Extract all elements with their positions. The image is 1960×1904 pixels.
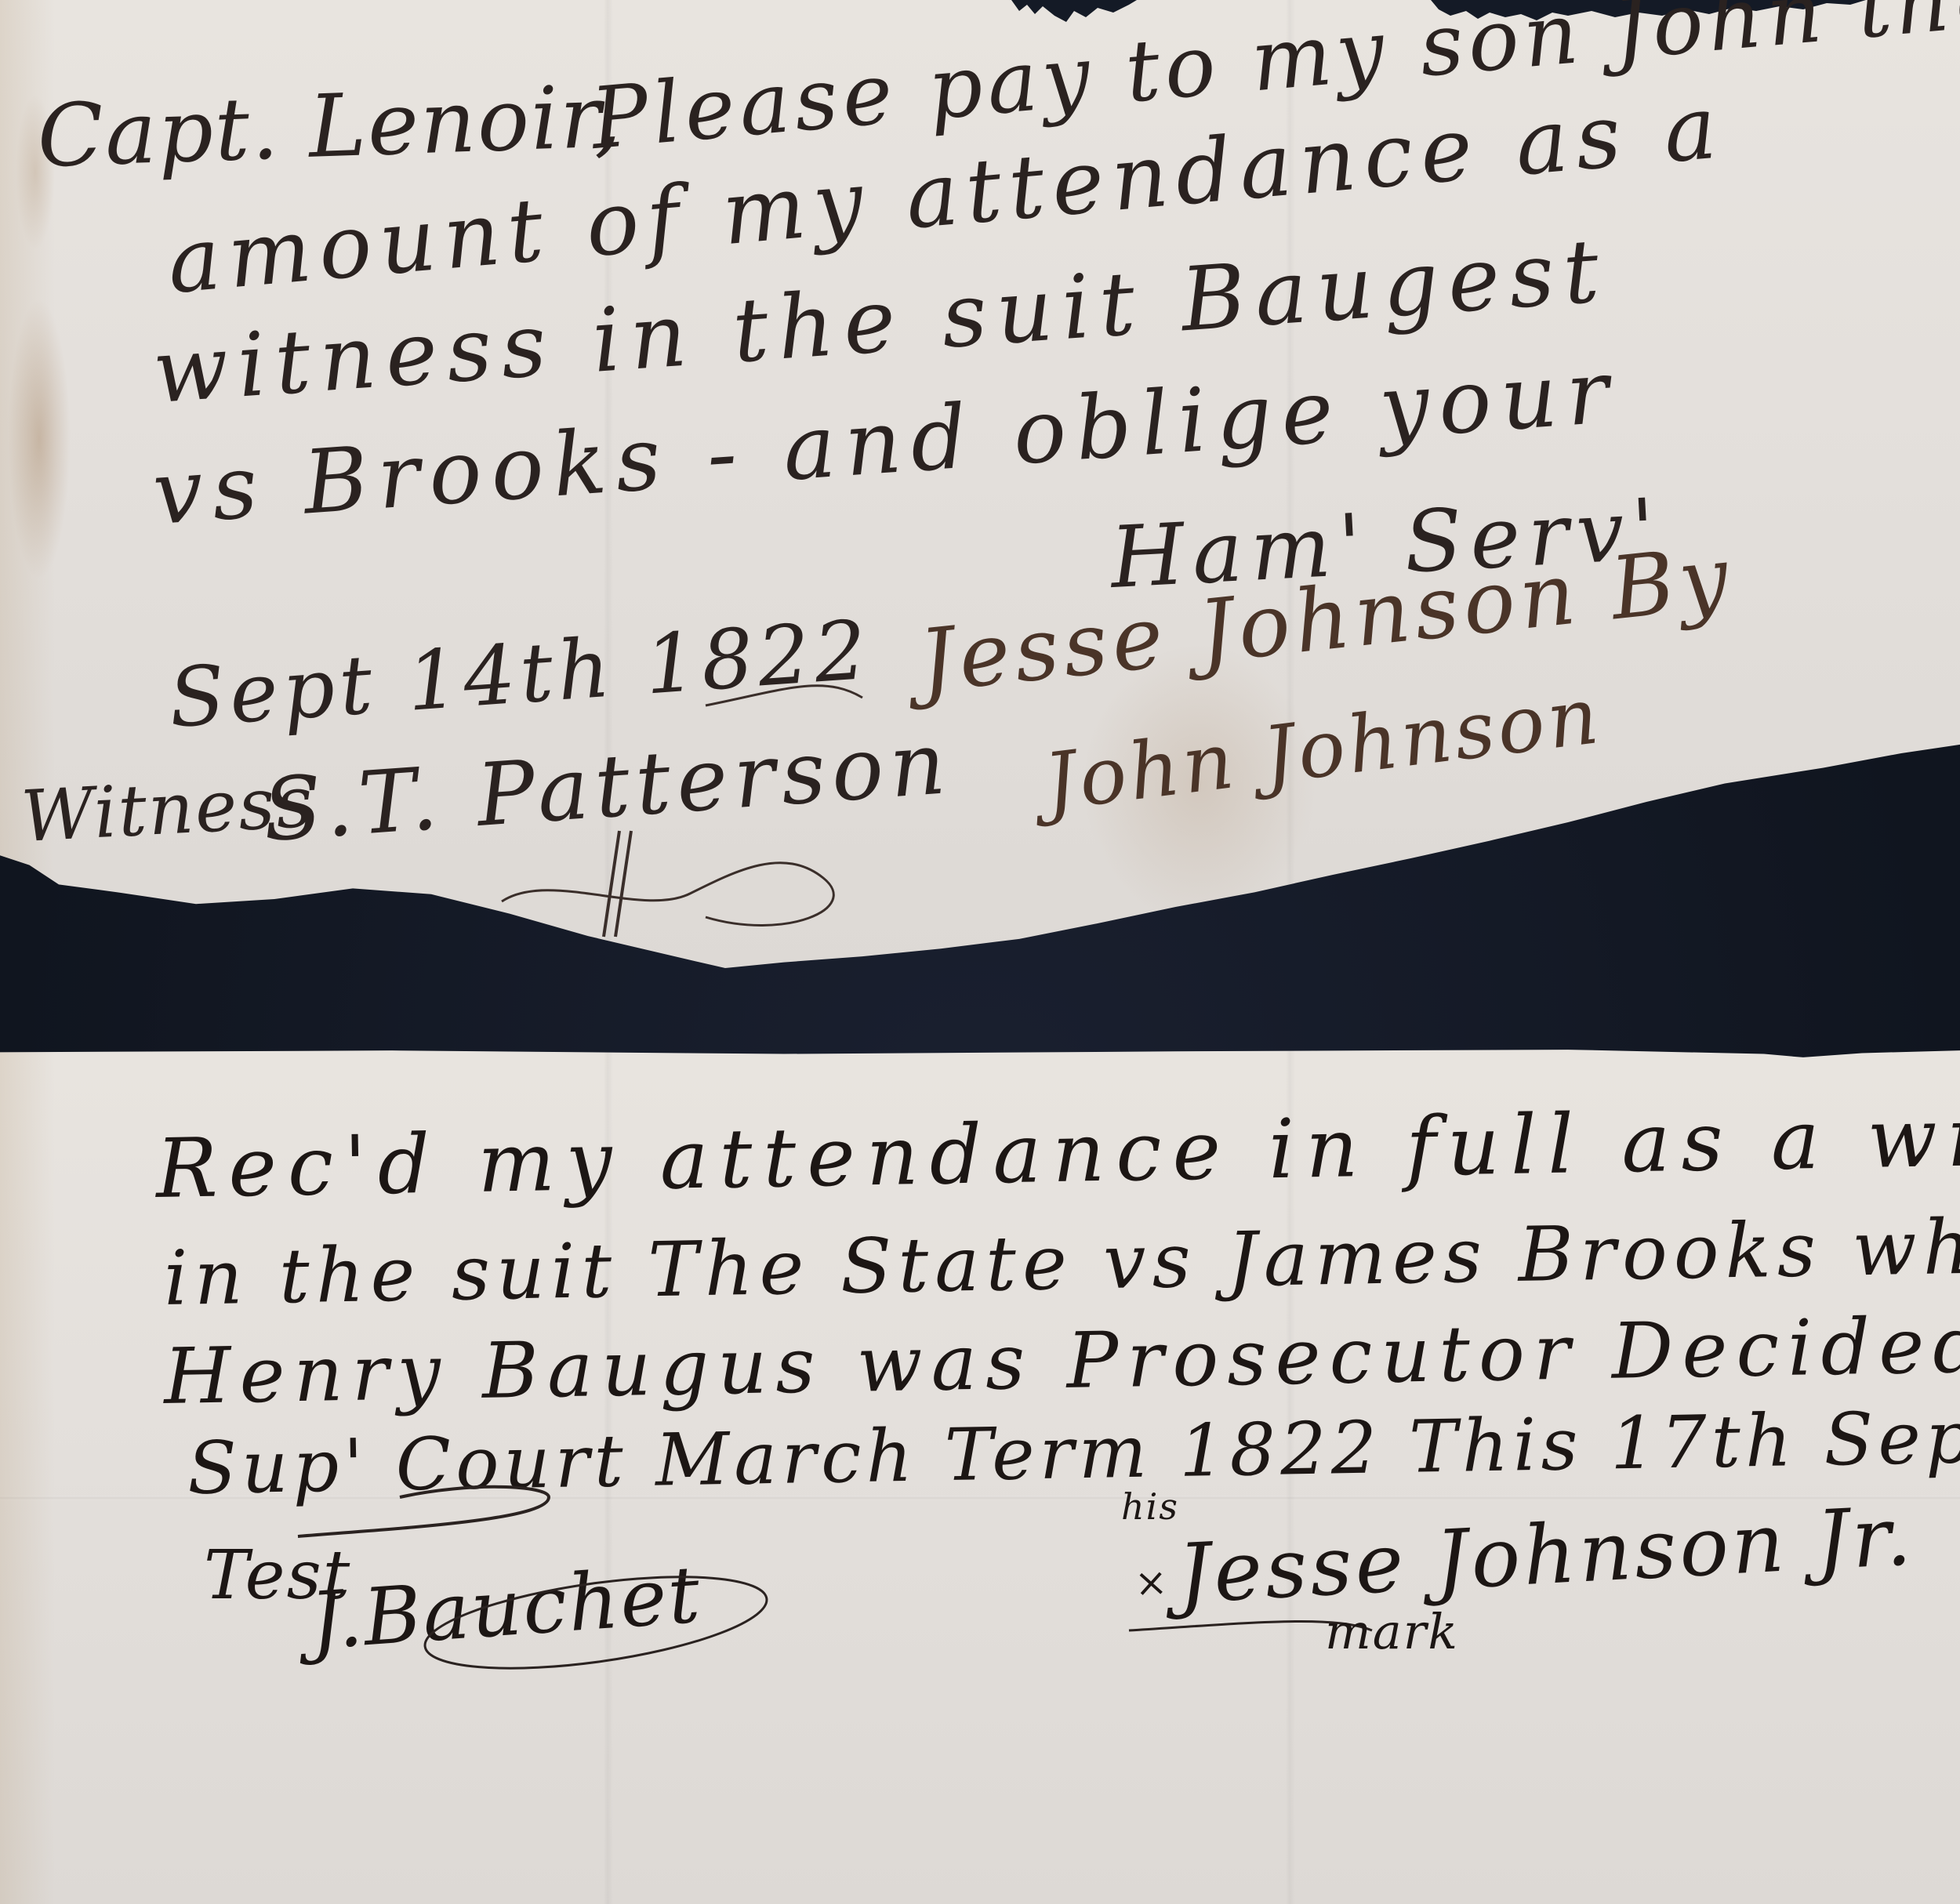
stain — [8, 298, 71, 580]
mark-his: his — [1121, 1485, 1179, 1528]
mark-label: mark — [1325, 1603, 1459, 1660]
mark-x-symbol: × — [1134, 1558, 1172, 1605]
salutation: Capt. Lenoir, — [36, 66, 624, 187]
